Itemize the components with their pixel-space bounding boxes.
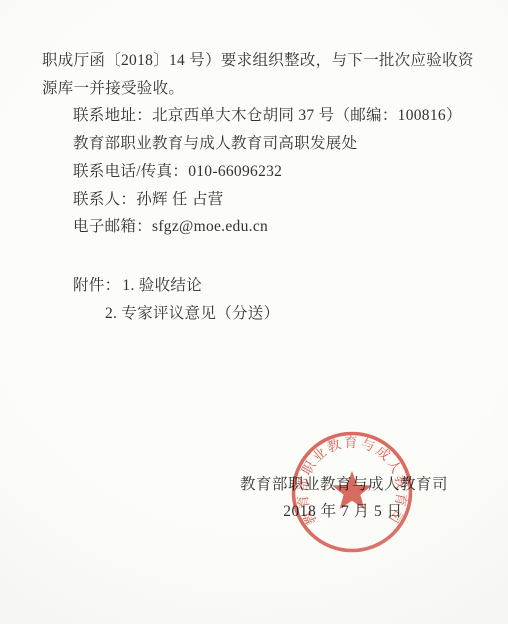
attachment-item: 1. 验收结论 [120,277,202,294]
attachments-label: 附件： [73,277,120,294]
body-line: 源库一并接受验收。 [42,75,488,103]
signature-block: 教育部职业教育与成人教育司 2018 年 7 月 5 日 [240,471,446,525]
department-line: 教育部职业教育与成人教育司高职发展处 [42,130,488,158]
attachments-block: 附件：1. 验收结论 2. 专家评议意见（分送） [73,272,279,328]
contact-email-line: 电子邮箱：sfgz@moe.edu.cn [42,213,488,241]
body-text: 职成厅函〔2018〕14 号）要求组织整改，与下一批次应验收资 源库一并接受验收… [42,47,488,241]
contact-address-line: 联系地址：北京西单大木仓胡同 37 号（邮编：100816） [42,102,488,130]
document-page: 职成厅函〔2018〕14 号）要求组织整改，与下一批次应验收资 源库一并接受验收… [0,0,508,624]
signature-org: 教育部职业教育与成人教育司 [240,471,446,498]
contact-person-line: 联系人：孙辉 任 占营 [42,186,488,214]
attachment-line: 2. 专家评议意见（分送） [73,300,279,328]
body-line: 职成厅函〔2018〕14 号）要求组织整改，与下一批次应验收资 [42,47,488,75]
signature-date: 2018 年 7 月 5 日 [240,498,446,525]
contact-phone-line: 联系电话/传真：010-66096232 [42,158,488,186]
attachment-item: 2. 专家评议意见（分送） [105,305,279,322]
attachment-line: 附件：1. 验收结论 [73,272,279,300]
